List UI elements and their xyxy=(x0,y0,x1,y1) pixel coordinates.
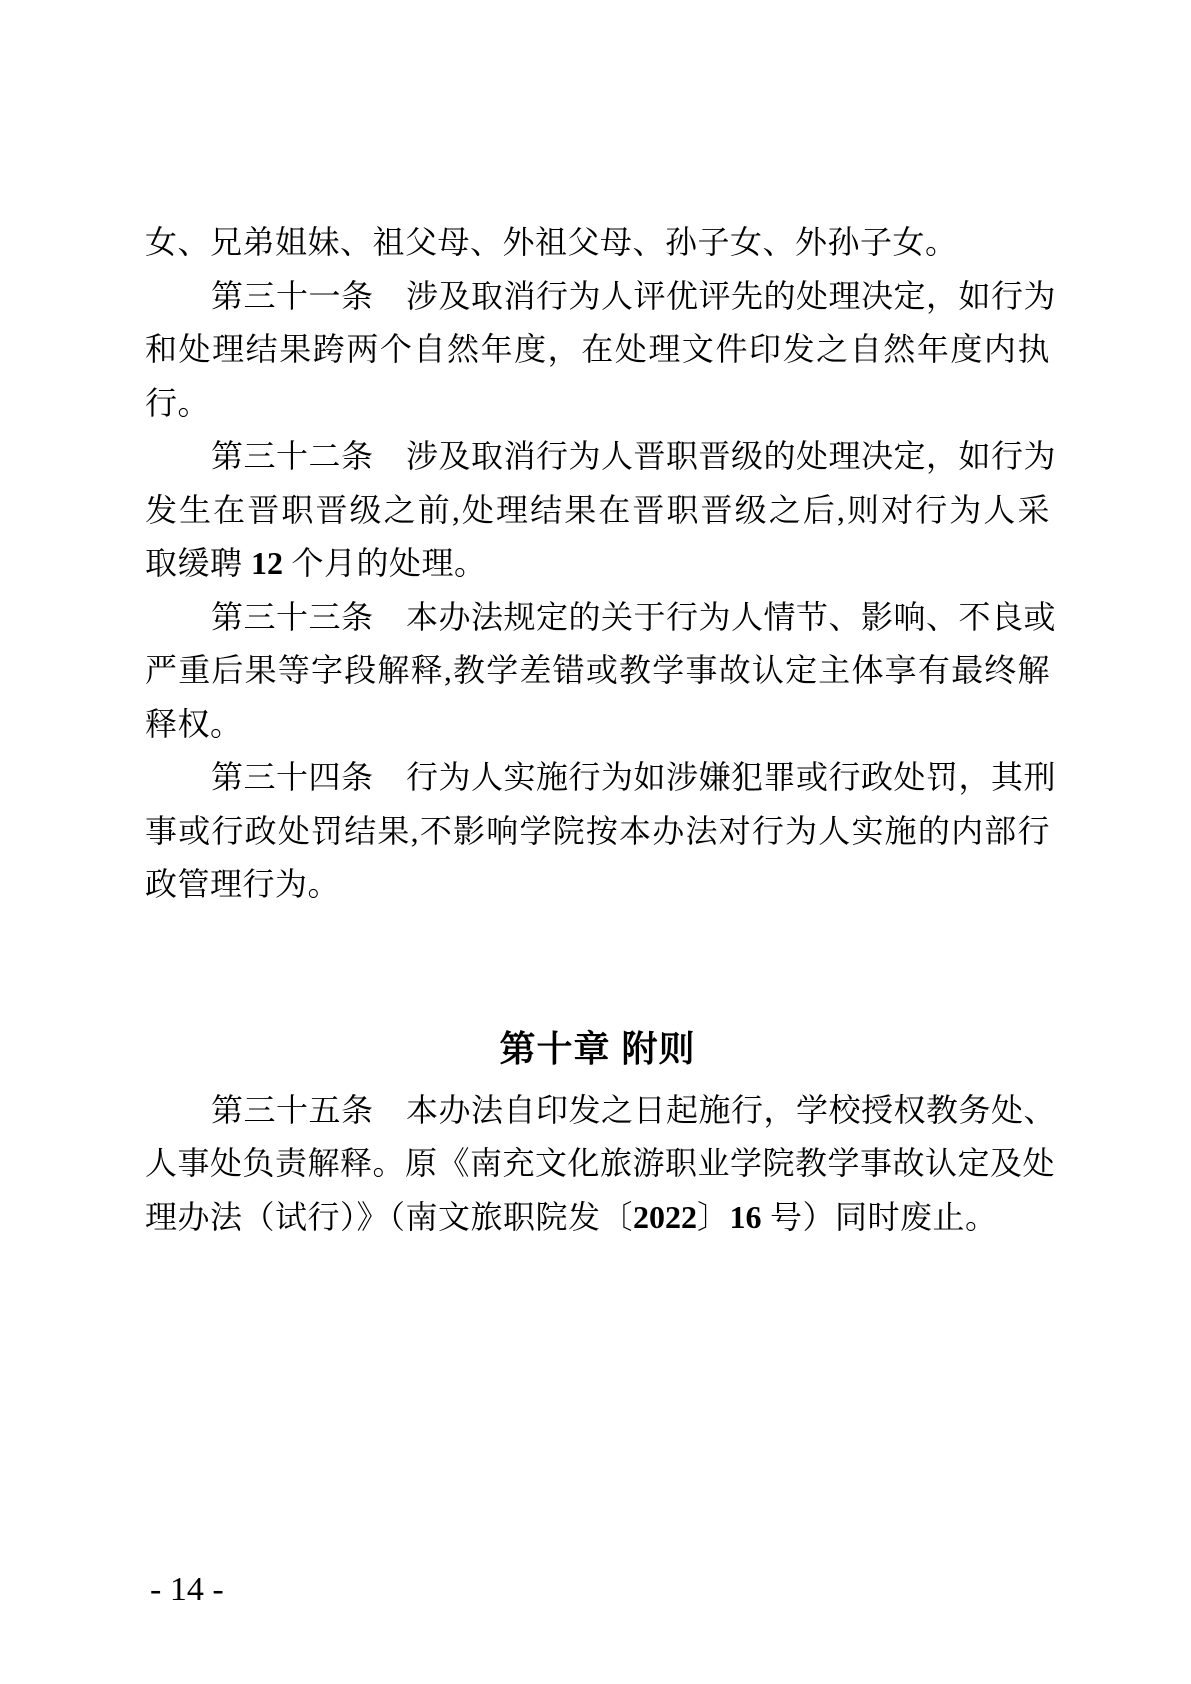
document-body: 女、兄弟姐妹、祖父母、外祖父母、孙子女、外孙子女。 第三十一条 涉及取消行为人评… xyxy=(145,216,1050,1244)
paragraph-article-33: 第三十三条 本办法规定的关于行为人情节、影响、不良或 严重后果等字段解释,教学差… xyxy=(145,591,1050,752)
text-line: 政管理行为。 xyxy=(145,858,1050,912)
text-line: 行。 xyxy=(145,377,1050,431)
text-line: 发生在晋职晋级之前,处理结果在晋职晋级之后,则对行为人采 xyxy=(145,484,1050,538)
text-line: 严重后果等字段解释,教学差错或教学事故认定主体享有最终解 xyxy=(145,644,1050,698)
text-segment: 号）同时废止。 xyxy=(762,1199,998,1235)
text-line: 第三十三条 本办法规定的关于行为人情节、影响、不良或 xyxy=(145,591,1050,645)
text-line: 第三十一条 涉及取消行为人评优评先的处理决定，如行为 xyxy=(145,270,1050,324)
paragraph-article-31: 第三十一条 涉及取消行为人评优评先的处理决定，如行为 和处理结果跨两个自然年度，… xyxy=(145,270,1050,431)
text-segment: 〕 xyxy=(697,1199,730,1235)
text-line: 释权。 xyxy=(145,698,1050,752)
text-line: 第三十五条 本办法自印发之日起施行，学校授权教务处、 xyxy=(145,1084,1050,1138)
text-line: 理办法（试行）》（南文旅职院发〔2022〕16 号）同时废止。 xyxy=(145,1191,1050,1245)
text-line: 和处理结果跨两个自然年度，在处理文件印发之自然年度内执 xyxy=(145,323,1050,377)
paragraph-article-32: 第三十二条 涉及取消行为人晋职晋级的处理决定，如行为 发生在晋职晋级之前,处理结… xyxy=(145,430,1050,591)
page-number: - 14 - xyxy=(150,1570,224,1610)
text-line: 第三十四条 行为人实施行为如涉嫌犯罪或行政处罚，其刑 xyxy=(145,751,1050,805)
bold-number: 16 xyxy=(730,1199,762,1235)
text-segment: 理办法（试行）》（南文旅职院发〔 xyxy=(145,1199,633,1235)
document-page: 女、兄弟姐妹、祖父母、外祖父母、孙子女、外孙子女。 第三十一条 涉及取消行为人评… xyxy=(0,0,1191,1684)
paragraph-article-35: 第三十五条 本办法自印发之日起施行，学校授权教务处、 人事处负责解释。原《南充文… xyxy=(145,1084,1050,1245)
chapter-heading: 第十章 附则 xyxy=(145,1022,1050,1076)
text-line: 女、兄弟姐妹、祖父母、外祖父母、孙子女、外孙子女。 xyxy=(145,216,1050,270)
text-line: 人事处负责解释。原《南充文化旅游职业学院教学事故认定及处 xyxy=(145,1137,1050,1191)
text-line: 第三十二条 涉及取消行为人晋职晋级的处理决定，如行为 xyxy=(145,430,1050,484)
text-line: 取缓聘 12 个月的处理。 xyxy=(145,537,1050,591)
bold-number: 2022 xyxy=(633,1199,697,1235)
paragraph-article-34: 第三十四条 行为人实施行为如涉嫌犯罪或行政处罚，其刑 事或行政处罚结果,不影响学… xyxy=(145,751,1050,912)
text-segment: 个月的处理。 xyxy=(283,545,487,581)
text-segment: 取缓聘 xyxy=(145,545,251,581)
text-line: 事或行政处罚结果,不影响学院按本办法对行为人实施的内部行 xyxy=(145,805,1050,859)
paragraph-continuation: 女、兄弟姐妹、祖父母、外祖父母、孙子女、外孙子女。 xyxy=(145,216,1050,270)
bold-number: 12 xyxy=(251,545,283,581)
